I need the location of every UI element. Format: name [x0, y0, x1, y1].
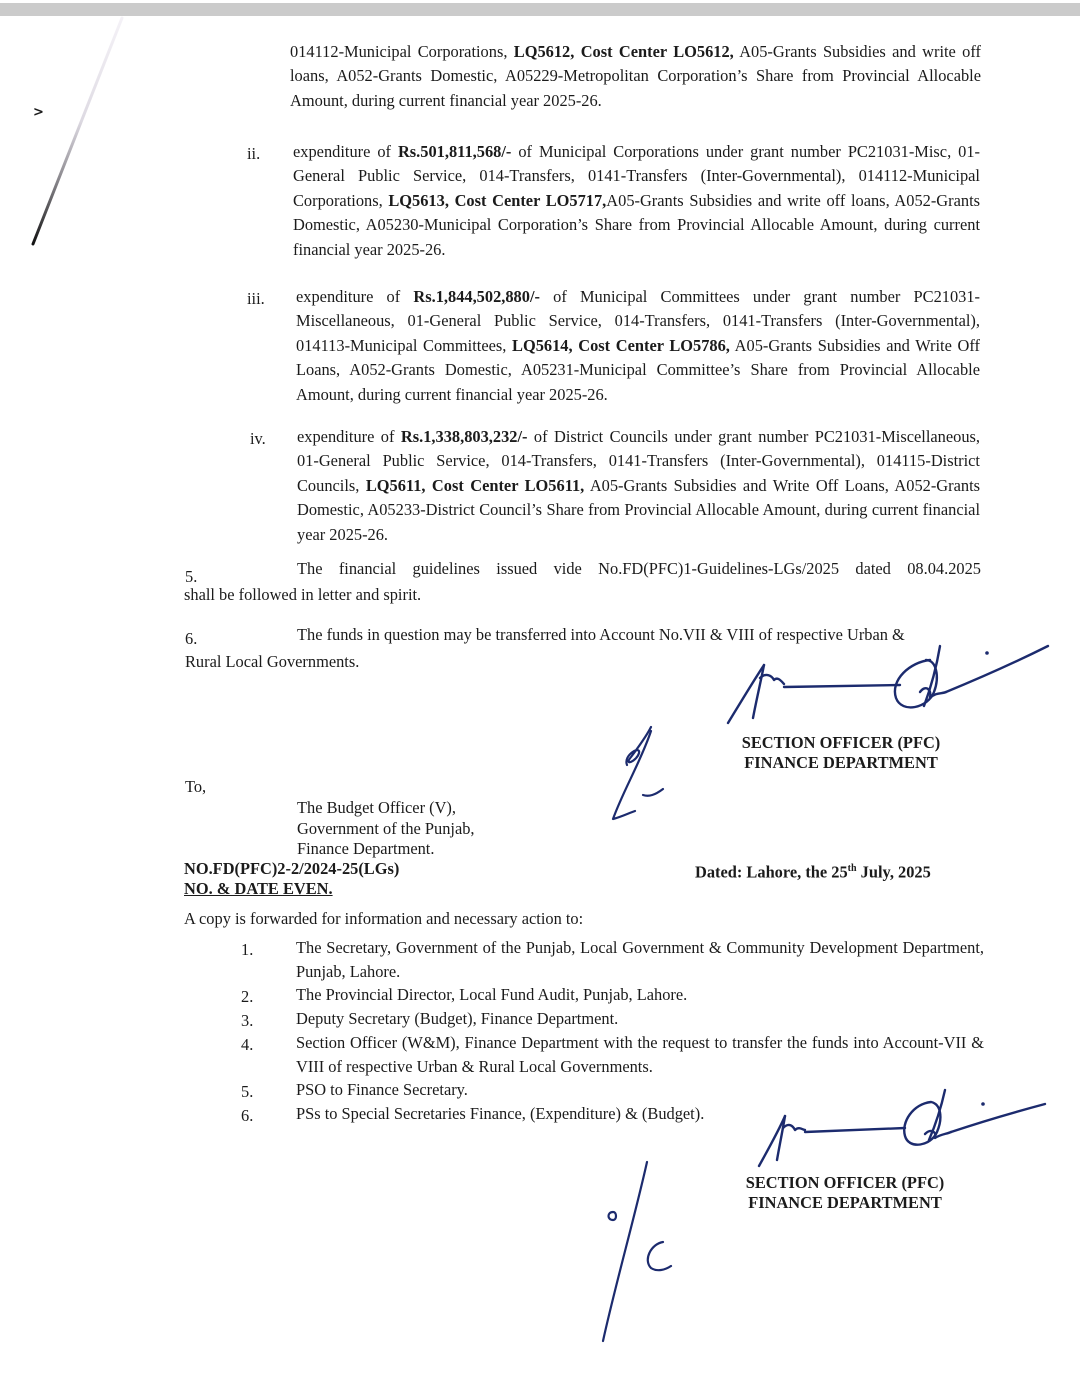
copy-3-text: Deputy Secretary (Budget), Finance Depar…: [296, 1007, 984, 1031]
para-5-number: 5.: [185, 567, 197, 587]
signature-2-department: FINANCE DEPARTMENT: [716, 1193, 974, 1213]
para-6-number: 6.: [185, 629, 197, 649]
copy-4-number: 4.: [241, 1035, 253, 1055]
officer-signature-2: [755, 1082, 1055, 1172]
item-iii-amount: Rs.1,844,502,880/-: [413, 287, 540, 306]
item-ii-paragraph: expenditure of Rs.501,811,568/- of Munic…: [293, 140, 980, 262]
para-5-text: The financial guidelines issued vide No.…: [297, 559, 981, 579]
item-iv-paragraph: expenditure of Rs.1,338,803,232/- of Dis…: [297, 425, 980, 547]
copy-forward-intro: A copy is forwarded for information and …: [184, 909, 583, 929]
copy-2-number: 2.: [241, 987, 253, 1007]
item-text: expenditure of: [297, 427, 401, 446]
signature-1-department: FINANCE DEPARTMENT: [712, 753, 970, 773]
signature-2-title: SECTION OFFICER (PFC): [716, 1173, 974, 1193]
item-text: expenditure of: [293, 142, 398, 161]
copy-2-text: The Provincial Director, Local Fund Audi…: [296, 983, 984, 1007]
item-iii-codes: LQ5614, Cost Center LO5786,: [512, 336, 730, 355]
dated-line: Dated: Lahore, the 25th July, 2025: [695, 859, 931, 882]
item-iv-amount: Rs.1,338,803,232/-: [401, 427, 528, 446]
item-iv-number: iv.: [250, 429, 266, 449]
officer-signature-1: [720, 640, 1060, 740]
document-page: > 014112-Municipal Corporations, LQ5612,…: [0, 16, 1080, 1388]
item-ii-number: ii.: [247, 144, 260, 164]
copy-3-number: 3.: [241, 1011, 253, 1031]
item-iii-number: iii.: [247, 289, 265, 309]
para-6-continuation: Rural Local Governments.: [185, 652, 359, 672]
copy-1-number: 1.: [241, 940, 253, 960]
item-ii-codes: LQ5613, Cost Center LO5717,: [388, 191, 606, 210]
pencil-stroke-mark: [0, 16, 140, 256]
no-date-even-heading: NO. & DATE EVEN.: [184, 879, 333, 899]
copy-4-text: Section Officer (W&M), Finance Departmen…: [296, 1031, 984, 1078]
continuation-codes: LQ5612, Cost Center LO5612,: [514, 42, 734, 61]
item-iii-paragraph: expenditure of Rs.1,844,502,880/- of Mun…: [296, 285, 980, 407]
dated-suffix: July, 2025: [857, 862, 931, 881]
para-5-continuation: shall be followed in letter and spirit.: [184, 585, 421, 605]
item-ii-amount: Rs.501,811,568/-: [398, 142, 511, 161]
copy-6-number: 6.: [241, 1106, 253, 1126]
initials-mark-2: [585, 1156, 685, 1351]
item-text: expenditure of: [296, 287, 413, 306]
item-iv-codes: LQ5611, Cost Center LO5611,: [366, 476, 584, 495]
signature-1-title: SECTION OFFICER (PFC): [712, 733, 970, 753]
viewer-top-bar: [0, 3, 1080, 16]
dated-superscript: th: [848, 863, 857, 874]
copy-5-number: 5.: [241, 1082, 253, 1102]
continuation-text: 014112-Municipal Corporations,: [290, 42, 514, 61]
initials-mark-1: [595, 721, 685, 831]
item-i-continuation: 014112-Municipal Corporations, LQ5612, C…: [290, 40, 981, 113]
recipient-line-3: Finance Department.: [297, 839, 434, 859]
dated-prefix: Dated: Lahore, the 25: [695, 862, 848, 881]
copy-1-text: The Secretary, Government of the Punjab,…: [296, 936, 984, 983]
to-label: To,: [185, 777, 206, 797]
reference-number: NO.FD(PFC)2-2/2024-25(LGs): [184, 859, 399, 879]
recipient-line-2: Government of the Punjab,: [297, 819, 475, 839]
recipient-line-1: The Budget Officer (V),: [297, 798, 456, 818]
